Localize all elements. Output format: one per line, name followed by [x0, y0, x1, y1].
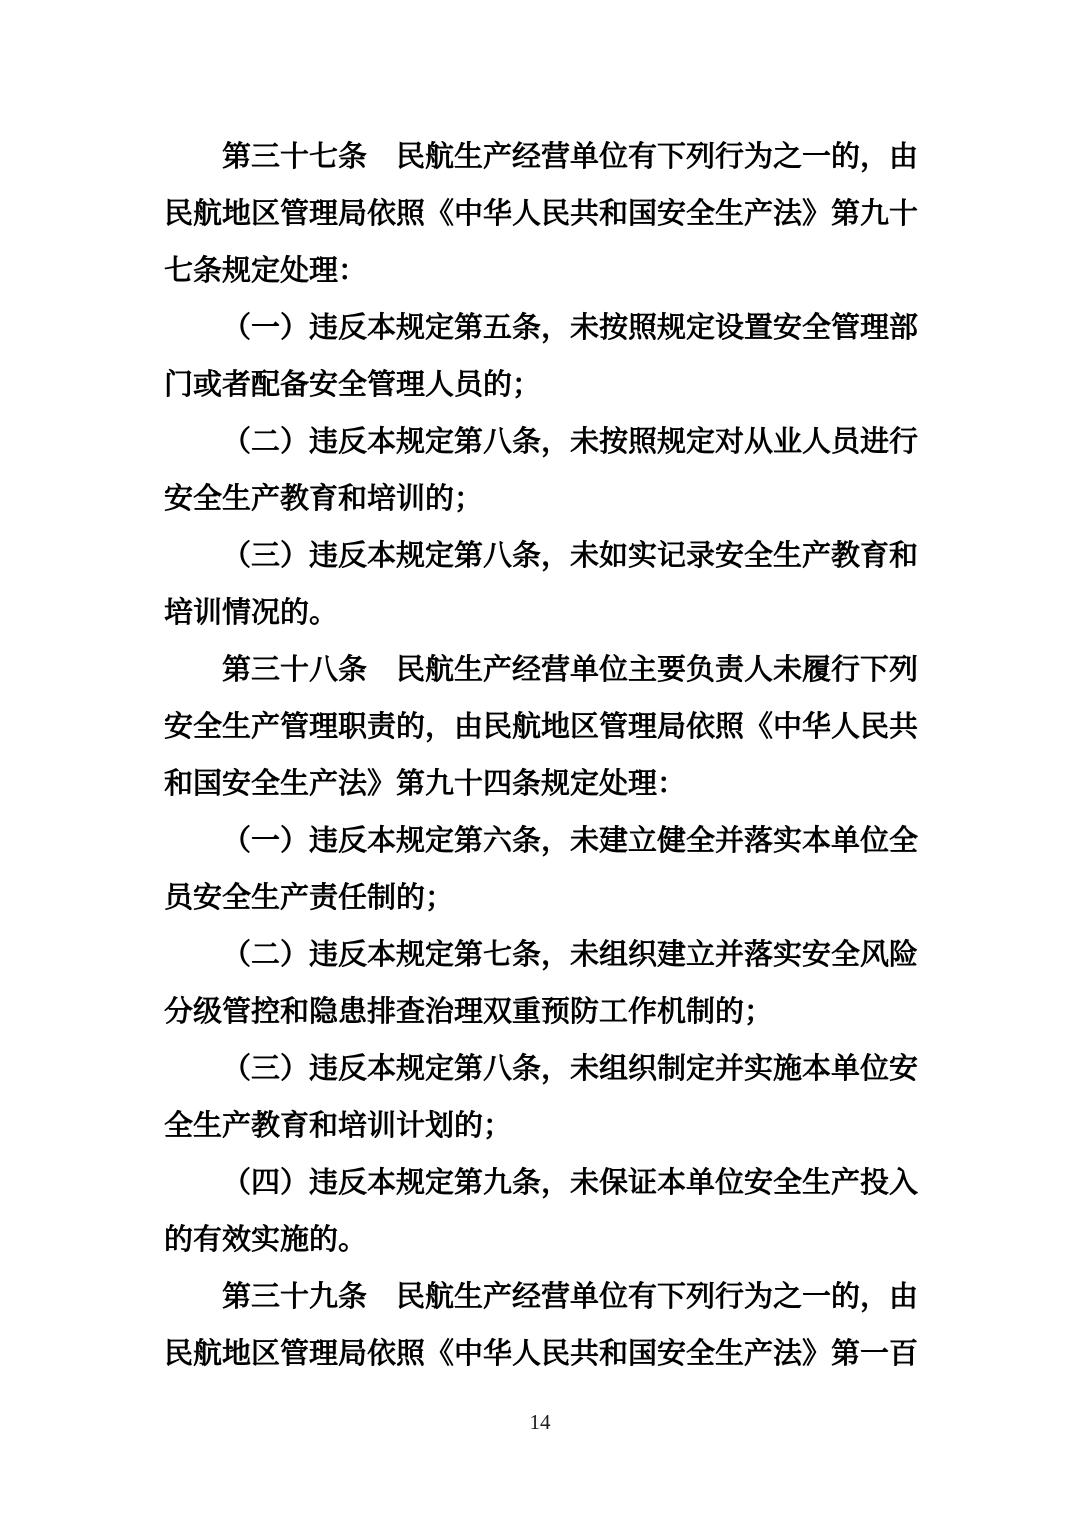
paragraph-article-37: 第三十七条 民航生产经营单位有下列行为之一的，由民航地区管理局依照《中华人民共和… [164, 129, 918, 300]
article-37-item-2: （二）违反本规定第八条，未按照规定对从业人员进行安全生产教育和培训的； [164, 414, 918, 528]
article-38-item-2: （二）违反本规定第七条，未组织建立并落实安全风险分级管控和隐患排查治理双重预防工… [164, 927, 918, 1041]
paragraph-article-38: 第三十八条 民航生产经营单位主要负责人未履行下列安全生产管理职责的，由民航地区管… [164, 642, 918, 813]
article-38-item-3: （三）违反本规定第八条，未组织制定并实施本单位安全生产教育和培训计划的； [164, 1041, 918, 1155]
article-38-item-4: （四）违反本规定第九条，未保证本单位安全生产投入的有效实施的。 [164, 1155, 918, 1269]
article-37-item-3: （三）违反本规定第八条，未如实记录安全生产教育和培训情况的。 [164, 528, 918, 642]
document-body-text: 第三十七条 民航生产经营单位有下列行为之一的，由民航地区管理局依照《中华人民共和… [164, 129, 918, 1383]
page-number: 14 [0, 1406, 1080, 1438]
document-page: 第三十七条 民航生产经营单位有下列行为之一的，由民航地区管理局依照《中华人民共和… [0, 0, 1080, 1527]
article-37-item-1: （一）违反本规定第五条，未按照规定设置安全管理部门或者配备安全管理人员的； [164, 300, 918, 414]
paragraph-article-39: 第三十九条 民航生产经营单位有下列行为之一的，由民航地区管理局依照《中华人民共和… [164, 1269, 918, 1383]
article-38-item-1: （一）违反本规定第六条，未建立健全并落实本单位全员安全生产责任制的； [164, 813, 918, 927]
